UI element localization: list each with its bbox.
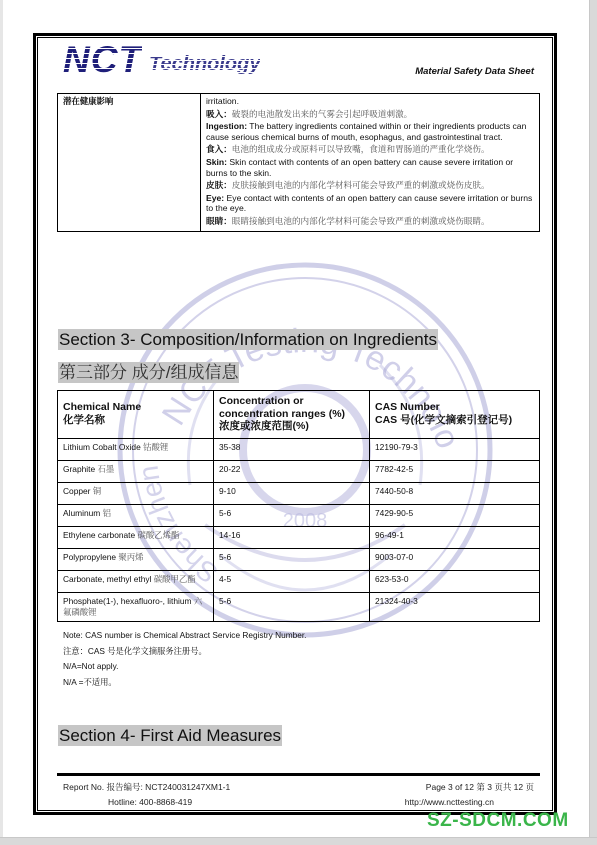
chemical-name-cell: Lithium Cobalt Oxide 钴酸锂 xyxy=(58,438,214,460)
table-row: Aluminum 铝5-67429-90-5 xyxy=(58,504,540,526)
health-effect-text: 破裂的电池散发出来的气雾会引起呼吸道刺激。 xyxy=(232,109,412,119)
health-effect-title: Skin: xyxy=(206,157,227,167)
section-3-title: Section 3- Composition/Information on In… xyxy=(58,329,438,350)
concentration-cell: 5-6 xyxy=(214,548,370,570)
note-line: 注意：CAS 号是化学文摘服务注册号。 xyxy=(63,644,306,660)
cas-number-cell: 9003-07-0 xyxy=(370,548,540,570)
chemical-name-cell: Phosphate(1-), hexafluoro-, lithium 六氟磷酸… xyxy=(58,592,214,621)
health-effects-label: 潜在健康影响 xyxy=(58,94,201,232)
hotline: Hotline: 400-8868-419 xyxy=(108,797,192,807)
table-row: Phosphate(1-), hexafluoro-, lithium 六氟磷酸… xyxy=(58,592,540,621)
table-row: Graphite 石墨20-227782-42-5 xyxy=(58,460,540,482)
health-effects-table: 潜在健康影响 irritation.吸入：破裂的电池散发出来的气雾会引起呼吸道刺… xyxy=(57,93,540,232)
health-effect-text: irritation. xyxy=(206,96,239,106)
website-link[interactable]: http://www.ncttesting.cn xyxy=(405,797,494,807)
composition-notes: Note: CAS number is Chemical Abstract Se… xyxy=(63,628,306,690)
concentration-cell: 4-5 xyxy=(214,570,370,592)
document-title: Material Safety Data Sheet xyxy=(415,66,534,77)
logo-technology: Technology xyxy=(149,53,260,76)
concentration-cell: 5-6 xyxy=(214,504,370,526)
column-header-concentration: Concentration or concentration ranges (%… xyxy=(214,391,370,439)
health-effect-title: Ingestion: xyxy=(206,121,247,131)
section-4-title: Section 4- First Aid Measures xyxy=(58,725,282,746)
concentration-cell: 9-10 xyxy=(214,482,370,504)
note-line: Note: CAS number is Chemical Abstract Se… xyxy=(63,628,306,644)
cas-number-cell: 7429-90-5 xyxy=(370,504,540,526)
footer-divider xyxy=(57,773,540,776)
report-number: Report No. 报告编号: NCT240031247XM1-1 xyxy=(63,781,230,793)
health-effect-title: 吸入： xyxy=(206,109,232,119)
chemical-name-cell: Polypropylene 聚丙烯 xyxy=(58,548,214,570)
chemical-name-cell: Graphite 石墨 xyxy=(58,460,214,482)
health-effect-entry: 吸入：破裂的电池散发出来的气雾会引起呼吸道刺激。 xyxy=(206,109,534,120)
chemical-name-cell: Ethylene carbonate 碳酸乙烯酯 xyxy=(58,526,214,548)
cas-number-cell: 623-53-0 xyxy=(370,570,540,592)
concentration-cell: 14-16 xyxy=(214,526,370,548)
table-header-row: Chemical Name化学名称 Concentration or conce… xyxy=(58,391,540,439)
cas-number-cell: 7782-42-5 xyxy=(370,460,540,482)
table-row: Polypropylene 聚丙烯5-69003-07-0 xyxy=(58,548,540,570)
table-row: Ethylene carbonate 碳酸乙烯酯14-1696-49-1 xyxy=(58,526,540,548)
chemical-name-cell: Aluminum 铝 xyxy=(58,504,214,526)
health-effect-text: 电池的组成成分或原料可以导致嘴，食道和胃肠道的严重化学烧伤。 xyxy=(232,144,490,154)
table-row: Copper 铜9-107440-50-8 xyxy=(58,482,540,504)
health-effect-entry: Eye: Eye contact with contents of an ope… xyxy=(206,193,534,214)
corner-watermark: SZ-SDCM.COM xyxy=(427,810,569,832)
concentration-cell: 35-38 xyxy=(214,438,370,460)
note-line: N/A =不适用。 xyxy=(63,675,306,691)
health-effect-title: 皮肤： xyxy=(206,180,232,190)
health-effect-text: Skin contact with contents of an open ba… xyxy=(206,157,513,178)
logo-nct: NCT xyxy=(63,39,142,81)
health-effect-entry: 皮肤：皮肤接触到电池的内部化学材料可能会导致严重的刺激或烧伤皮肤。 xyxy=(206,180,534,191)
concentration-cell: 5-6 xyxy=(214,592,370,621)
cas-number-cell: 96-49-1 xyxy=(370,526,540,548)
cas-number-cell: 7440-50-8 xyxy=(370,482,540,504)
table-row: Carbonate, methyl ethyl 碳酸甲乙酯4-5623-53-0 xyxy=(58,570,540,592)
section-3-title-cn: 第三部分 成分/组成信息 xyxy=(58,362,239,383)
health-effect-text: Eye contact with contents of an open bat… xyxy=(206,193,532,214)
health-effect-entry: 眼睛：眼睛接触到电池的内部化学材料可能会导致严重的刺激或烧伤眼睛。 xyxy=(206,216,534,227)
composition-table: Chemical Name化学名称 Concentration or conce… xyxy=(57,390,540,622)
health-effect-text: The battery ingredients contained within… xyxy=(206,121,526,142)
health-effect-title: 眼睛： xyxy=(206,216,232,226)
health-effect-title: 食入： xyxy=(206,144,232,154)
viewer-edge-left xyxy=(0,0,3,845)
health-effect-entry: Skin: Skin contact with contents of an o… xyxy=(206,157,534,178)
health-effect-text: 皮肤接触到电池的内部化学材料可能会导致严重的刺激或烧伤皮肤。 xyxy=(232,180,490,190)
cas-number-cell: 12190-79-3 xyxy=(370,438,540,460)
health-effects-content: irritation.吸入：破裂的电池散发出来的气雾会引起呼吸道刺激。Inges… xyxy=(201,94,540,232)
note-line: N/A=Not apply. xyxy=(63,659,306,675)
chemical-name-cell: Copper 铜 xyxy=(58,482,214,504)
column-header-cas-number: CAS NumberCAS 号(化学文摘索引登记号) xyxy=(370,391,540,439)
concentration-cell: 20-22 xyxy=(214,460,370,482)
viewer-scrollbar-track[interactable] xyxy=(589,0,597,845)
column-header-chemical-name: Chemical Name化学名称 xyxy=(58,391,214,439)
health-effect-entry: 食入：电池的组成成分或原料可以导致嘴，食道和胃肠道的严重化学烧伤。 xyxy=(206,144,534,155)
page-number: Page 3 of 12 第 3 页共 12 页 xyxy=(426,781,534,793)
viewer-edge-bottom xyxy=(0,837,597,845)
table-row: Lithium Cobalt Oxide 钴酸锂35-3812190-79-3 xyxy=(58,438,540,460)
health-effect-text: 眼睛接触到电池的内部化学材料可能会导致严重的刺激或烧伤眼睛。 xyxy=(232,216,490,226)
chemical-name-cell: Carbonate, methyl ethyl 碳酸甲乙酯 xyxy=(58,570,214,592)
health-effect-title: Eye: xyxy=(206,193,224,203)
health-effect-entry: irritation. xyxy=(206,96,534,107)
cas-number-cell: 21324-40-3 xyxy=(370,592,540,621)
health-effect-entry: Ingestion: The battery ingredients conta… xyxy=(206,121,534,142)
